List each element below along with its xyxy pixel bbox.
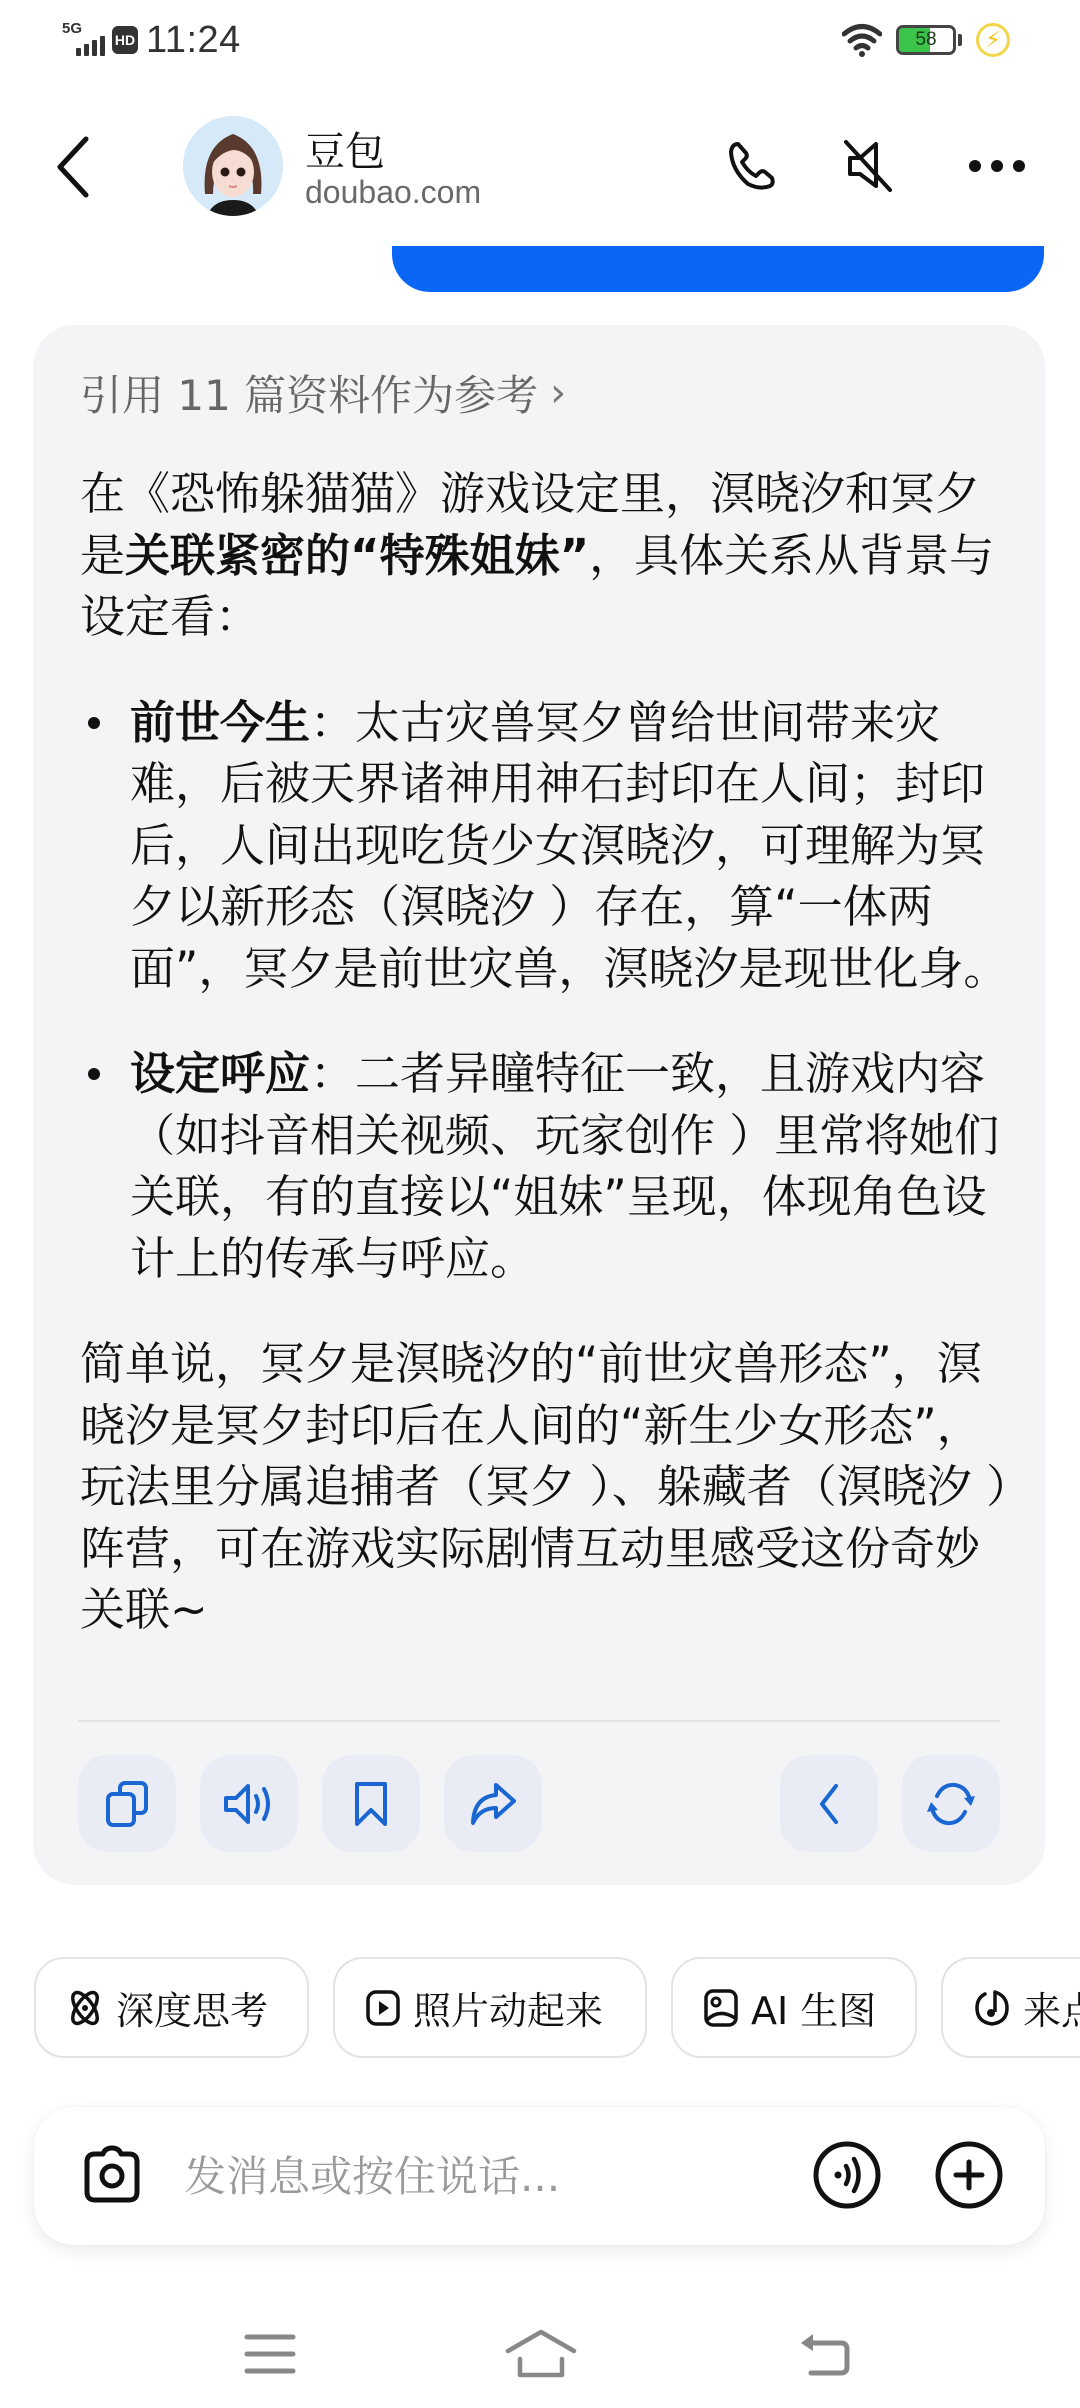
back-icon bbox=[797, 2331, 853, 2377]
camera-icon bbox=[81, 2144, 143, 2206]
back-button[interactable] bbox=[44, 132, 104, 202]
references-link[interactable]: 引用 11 篇资料作为参考 › bbox=[80, 363, 566, 423]
battery-level: 58 bbox=[899, 28, 953, 52]
regenerate-button[interactable] bbox=[902, 1755, 1000, 1852]
divider bbox=[78, 1720, 1000, 1722]
read-aloud-button[interactable] bbox=[200, 1755, 298, 1852]
system-nav-bar bbox=[0, 2290, 1080, 2408]
status-left: 5G HD 11:24 bbox=[62, 18, 241, 62]
bullet-title: 前世今生 bbox=[130, 696, 310, 749]
chip-label: 来点 bbox=[1023, 1980, 1080, 2035]
chip-animate-photo[interactable]: 照片动起来 bbox=[333, 1957, 647, 2058]
bullet-item: 设定呼应：二者异瞳特征一致，且游戏内容（如抖音相关视频、玩家创作 ）里常将她们关… bbox=[80, 1043, 1010, 1289]
music-icon bbox=[973, 1988, 1011, 2028]
answer-content: 在《恐怖躲猫猫》游戏设定里，溟晓汐和冥夕是关联紧密的“特殊姐妹”，具体关系从背景… bbox=[80, 463, 1010, 1641]
chip-label: AI 生图 bbox=[751, 1980, 876, 2035]
bullet-item: 前世今生：太古灾兽冥夕曾给世间带来灾难，后被天界诸神用神石封印在人间；封印后，人… bbox=[80, 692, 1010, 1000]
bookmark-button[interactable] bbox=[322, 1755, 420, 1852]
intro-paragraph: 在《恐怖躲猫猫》游戏设定里，溟晓汐和冥夕是关联紧密的“特殊姐妹”，具体关系从背景… bbox=[80, 463, 1010, 648]
chevron-left-icon bbox=[54, 135, 94, 199]
chip-label: 深度思考 bbox=[116, 1980, 268, 2035]
camera-button[interactable] bbox=[76, 2139, 148, 2211]
more-button[interactable] bbox=[965, 134, 1029, 198]
cellular-signal-icon: 5G bbox=[62, 20, 110, 60]
voice-wave-icon bbox=[812, 2140, 882, 2210]
chat-header: 豆包 doubao.com bbox=[0, 96, 1080, 246]
status-right: 58 ⚡ bbox=[842, 20, 1010, 60]
system-back-button[interactable] bbox=[785, 2314, 865, 2394]
chevron-left-icon bbox=[814, 1782, 844, 1826]
battery-icon: 58 bbox=[896, 25, 956, 55]
chip-music[interactable]: 来点 bbox=[941, 1957, 1080, 2058]
conclusion-paragraph: 简单说，冥夕是溟晓汐的“前世灾兽形态”，溟晓汐是冥夕封印后在人间的“新生少女形态… bbox=[80, 1333, 1010, 1641]
chat-title: 豆包 bbox=[305, 120, 385, 177]
play-icon bbox=[365, 1989, 401, 2027]
add-attachment-button[interactable] bbox=[933, 2139, 1005, 2211]
mute-icon bbox=[842, 140, 894, 192]
chip-deep-thinking[interactable]: 深度思考 bbox=[34, 1957, 309, 2058]
chat-subtitle: doubao.com bbox=[305, 174, 481, 211]
menu-icon bbox=[244, 2333, 296, 2375]
home-button[interactable] bbox=[501, 2314, 581, 2394]
clock: 11:24 bbox=[146, 19, 241, 62]
message-input[interactable] bbox=[184, 2141, 784, 2211]
plus-circle-icon bbox=[934, 2140, 1004, 2210]
voice-call-button[interactable] bbox=[720, 134, 784, 198]
previous-version-button[interactable] bbox=[780, 1755, 878, 1852]
phone-icon bbox=[726, 140, 778, 192]
wifi-icon bbox=[842, 23, 882, 57]
copy-icon bbox=[104, 1780, 150, 1828]
bullet-list: 前世今生：太古灾兽冥夕曾给世间带来灾难，后被天界诸神用神石封印在人间；封印后，人… bbox=[80, 692, 1010, 1290]
assistant-answer-card: 引用 11 篇资料作为参考 › 在《恐怖躲猫猫》游戏设定里，溟晓汐和冥夕是关联紧… bbox=[33, 325, 1045, 1885]
copy-button[interactable] bbox=[78, 1755, 176, 1852]
hd-badge: HD bbox=[112, 26, 138, 54]
share-icon bbox=[468, 1781, 518, 1827]
voice-input-button[interactable] bbox=[811, 2139, 883, 2211]
avatar-girl-icon bbox=[183, 116, 283, 216]
chevron-right-icon: › bbox=[550, 370, 566, 416]
more-icon bbox=[967, 156, 1027, 176]
battery-tip bbox=[958, 34, 962, 46]
speaker-icon bbox=[222, 1781, 276, 1827]
chip-ai-image[interactable]: AI 生图 bbox=[671, 1957, 917, 2058]
atom-icon bbox=[66, 1988, 104, 2028]
chip-label: 照片动起来 bbox=[413, 1980, 603, 2035]
bookmark-icon bbox=[351, 1780, 391, 1828]
recent-apps-button[interactable] bbox=[230, 2314, 310, 2394]
mute-button[interactable] bbox=[836, 134, 900, 198]
charging-icon: ⚡ bbox=[976, 23, 1010, 57]
network-type: 5G bbox=[62, 20, 82, 37]
regenerate-icon bbox=[925, 1778, 977, 1830]
image-icon bbox=[703, 1988, 739, 2028]
suggestion-chips: 深度思考 照片动起来 AI 生图 来点 bbox=[34, 1957, 1080, 2058]
share-button[interactable] bbox=[444, 1755, 542, 1852]
references-label: 引用 11 篇资料作为参考 bbox=[80, 363, 538, 423]
intro-bold: 关联紧密的“特殊姐妹” bbox=[125, 529, 589, 582]
message-composer bbox=[34, 2107, 1045, 2245]
avatar[interactable] bbox=[183, 116, 283, 216]
home-icon bbox=[504, 2329, 578, 2379]
status-bar: 5G HD 11:24 58 ⚡ bbox=[0, 0, 1080, 80]
bullet-title: 设定呼应 bbox=[130, 1047, 310, 1100]
